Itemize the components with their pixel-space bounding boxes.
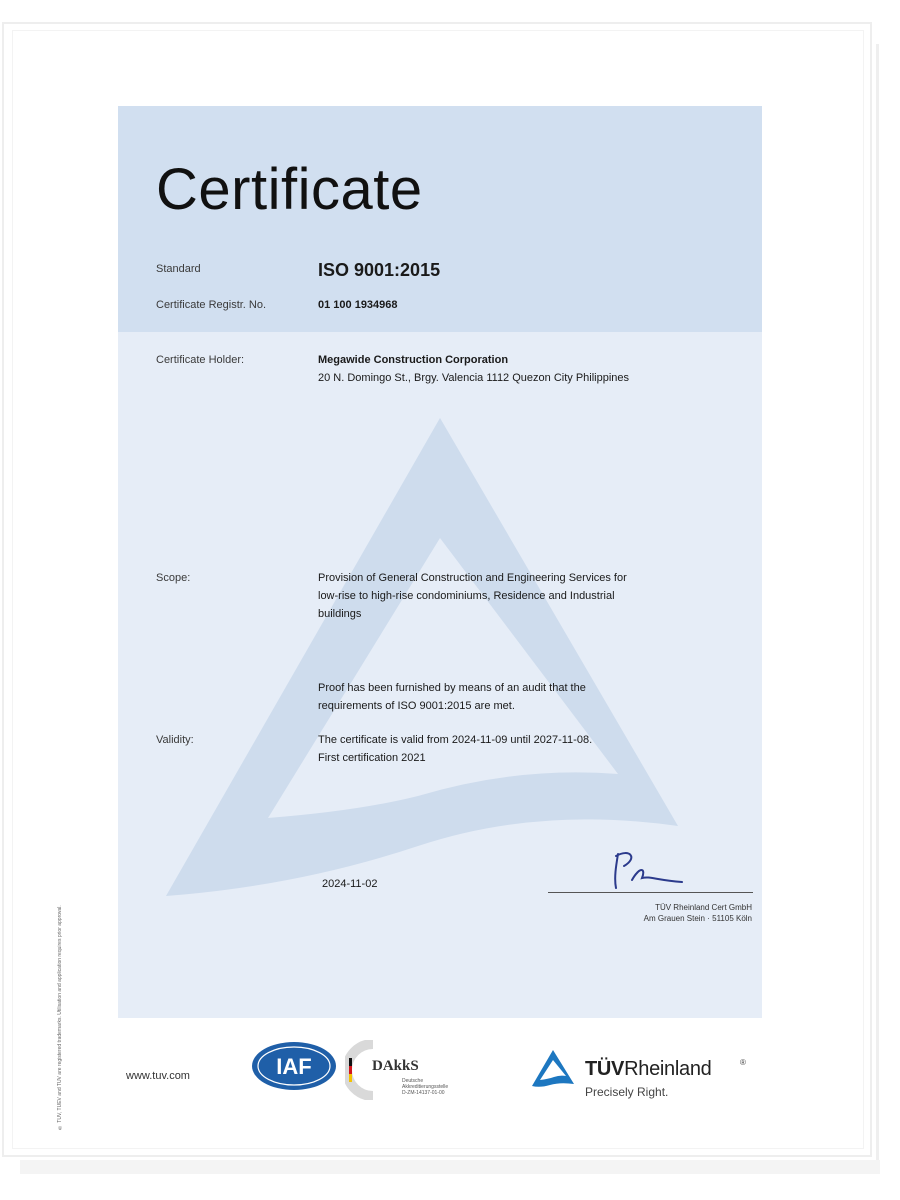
tuv-tagline: Precisely Right. [585, 1085, 668, 1099]
website-link[interactable]: www.tuv.com [126, 1070, 190, 1082]
tuv-brand-rest: Rheinland [624, 1058, 711, 1080]
signature-line [548, 892, 753, 893]
dakks-sub-line: D-ZM-14137-01-00 [402, 1090, 482, 1096]
standard-value: ISO 9001:2015 [318, 260, 440, 281]
dakks-subtitle: Deutsche Akkreditierungsstelle D-ZM-1413… [402, 1078, 482, 1096]
tuv-triangle-logo-icon [530, 1048, 576, 1088]
iaf-logo-icon: IAF [250, 1040, 338, 1092]
proof-line: requirements of ISO 9001:2015 are met. [318, 698, 515, 715]
issue-date: 2024-11-02 [322, 876, 377, 893]
validity-line: First certification 2021 [318, 750, 426, 767]
standard-label: Standard [156, 263, 201, 275]
holder-address: 20 N. Domingo St., Brgy. Valencia 1112 Q… [318, 370, 629, 387]
dakks-name: DAkkS [372, 1058, 419, 1075]
certificate-panel: Certificate Standard ISO 9001:2015 Certi… [118, 106, 762, 1018]
scope-line: Provision of General Construction and En… [318, 570, 627, 587]
registered-mark: ® [740, 1058, 746, 1067]
scope-line: low-rise to high-rise condominiums, Resi… [318, 588, 615, 605]
certificate-title: Certificate [156, 156, 423, 223]
validity-line: The certificate is valid from 2024-11-09… [318, 732, 592, 749]
tuv-brand-bold: TÜV [585, 1058, 624, 1080]
holder-label: Certificate Holder: [156, 354, 244, 366]
trademark-side-note: ® TÜV, TUEV and TUV are registered trade… [57, 780, 67, 1130]
proof-line: Proof has been furnished by means of an … [318, 680, 586, 697]
issuer-name: TÜV Rheinland Cert GmbH [644, 902, 752, 913]
validity-label: Validity: [156, 734, 194, 746]
registration-number: 01 100 1934968 [318, 297, 398, 314]
registration-label: Certificate Registr. No. [156, 299, 266, 311]
signature-icon [606, 846, 686, 894]
page-shadow-right [876, 44, 879, 1164]
tuv-brand: TÜVRheinland [585, 1058, 711, 1081]
scope-label: Scope: [156, 572, 190, 584]
page-shadow-bottom [20, 1160, 880, 1174]
issuer-block: TÜV Rheinland Cert GmbH Am Grauen Stein … [644, 902, 752, 924]
dakks-logo-icon [345, 1040, 375, 1100]
holder-name: Megawide Construction Corporation [318, 352, 508, 369]
svg-text:IAF: IAF [276, 1054, 311, 1079]
scope-line: buildings [318, 606, 361, 623]
issuer-address: Am Grauen Stein · 51105 Köln [644, 913, 752, 924]
